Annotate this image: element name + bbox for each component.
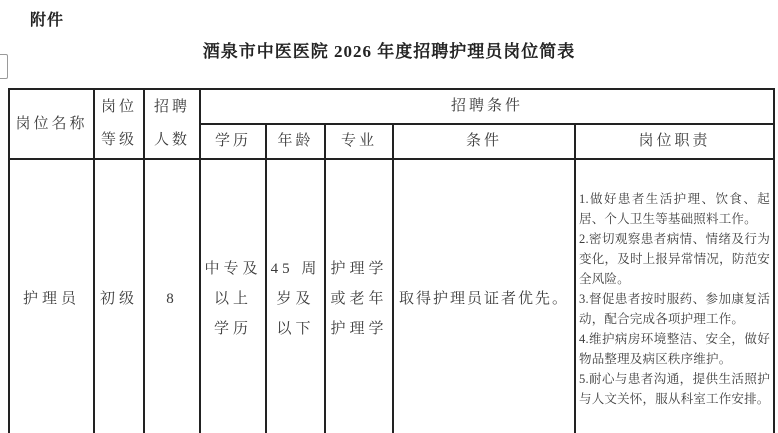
duty-item: 1.做好患者生活护理、饮食、起居、个人卫生等基础照料工作。	[579, 189, 770, 229]
attachment-label: 附件	[30, 7, 64, 30]
cell-education: 中专及 以上 学历	[200, 159, 266, 433]
header-recruit-count: 招聘人数	[144, 89, 200, 159]
cell-position-name: 护理员	[9, 159, 94, 433]
cell-condition: 取得护理员证者优先。	[393, 159, 575, 433]
cell-recruit-count: 8	[144, 159, 200, 433]
header-recruit-conditions-group: 招聘条件	[200, 89, 774, 124]
page-title: 酒泉市中医医院 2026 年度招聘护理员岗位简表	[0, 37, 778, 62]
header-position-level: 岗位等级	[94, 89, 144, 159]
job-position-table: 岗位名称 岗位等级 招聘人数 招聘条件 学历 年龄 专业 条件 岗位职责 护理员…	[8, 88, 775, 433]
header-condition: 条件	[393, 124, 575, 159]
duty-item: 2.密切观察患者病情、情绪及行为变化，及时上报异常情况，防范安全风险。	[579, 229, 770, 289]
header-major: 专业	[325, 124, 393, 159]
duty-item: 4.维护病房环境整洁、安全，做好物品整理及病区秩序维护。	[579, 329, 770, 369]
cell-major: 护理学 或老年 护理学	[325, 159, 393, 433]
cell-age: 45 周 岁及 以下	[266, 159, 325, 433]
header-age: 年龄	[266, 124, 325, 159]
cell-position-level: 初级	[94, 159, 144, 433]
cell-duties: 1.做好患者生活护理、饮食、起居、个人卫生等基础照料工作。2.密切观察患者病情、…	[575, 159, 774, 433]
duties-list: 1.做好患者生活护理、饮食、起居、个人卫生等基础照料工作。2.密切观察患者病情、…	[579, 189, 770, 409]
table-row: 护理员 初级 8 中专及 以上 学历 45 周 岁及 以下 护理学 或老年 护理…	[9, 159, 774, 433]
document-page: 附件 酒泉市中医医院 2026 年度招聘护理员岗位简表 岗位名称 岗位等级 招聘…	[0, 0, 778, 433]
left-edge-artifact	[0, 54, 8, 79]
header-education: 学历	[200, 124, 266, 159]
header-duties: 岗位职责	[575, 124, 774, 159]
header-position-name: 岗位名称	[9, 89, 94, 159]
duty-item: 3.督促患者按时服药、参加康复活动，配合完成各项护理工作。	[579, 289, 770, 329]
duty-item: 5.耐心与患者沟通，提供生活照护与人文关怀，服从科室工作安排。	[579, 369, 770, 409]
